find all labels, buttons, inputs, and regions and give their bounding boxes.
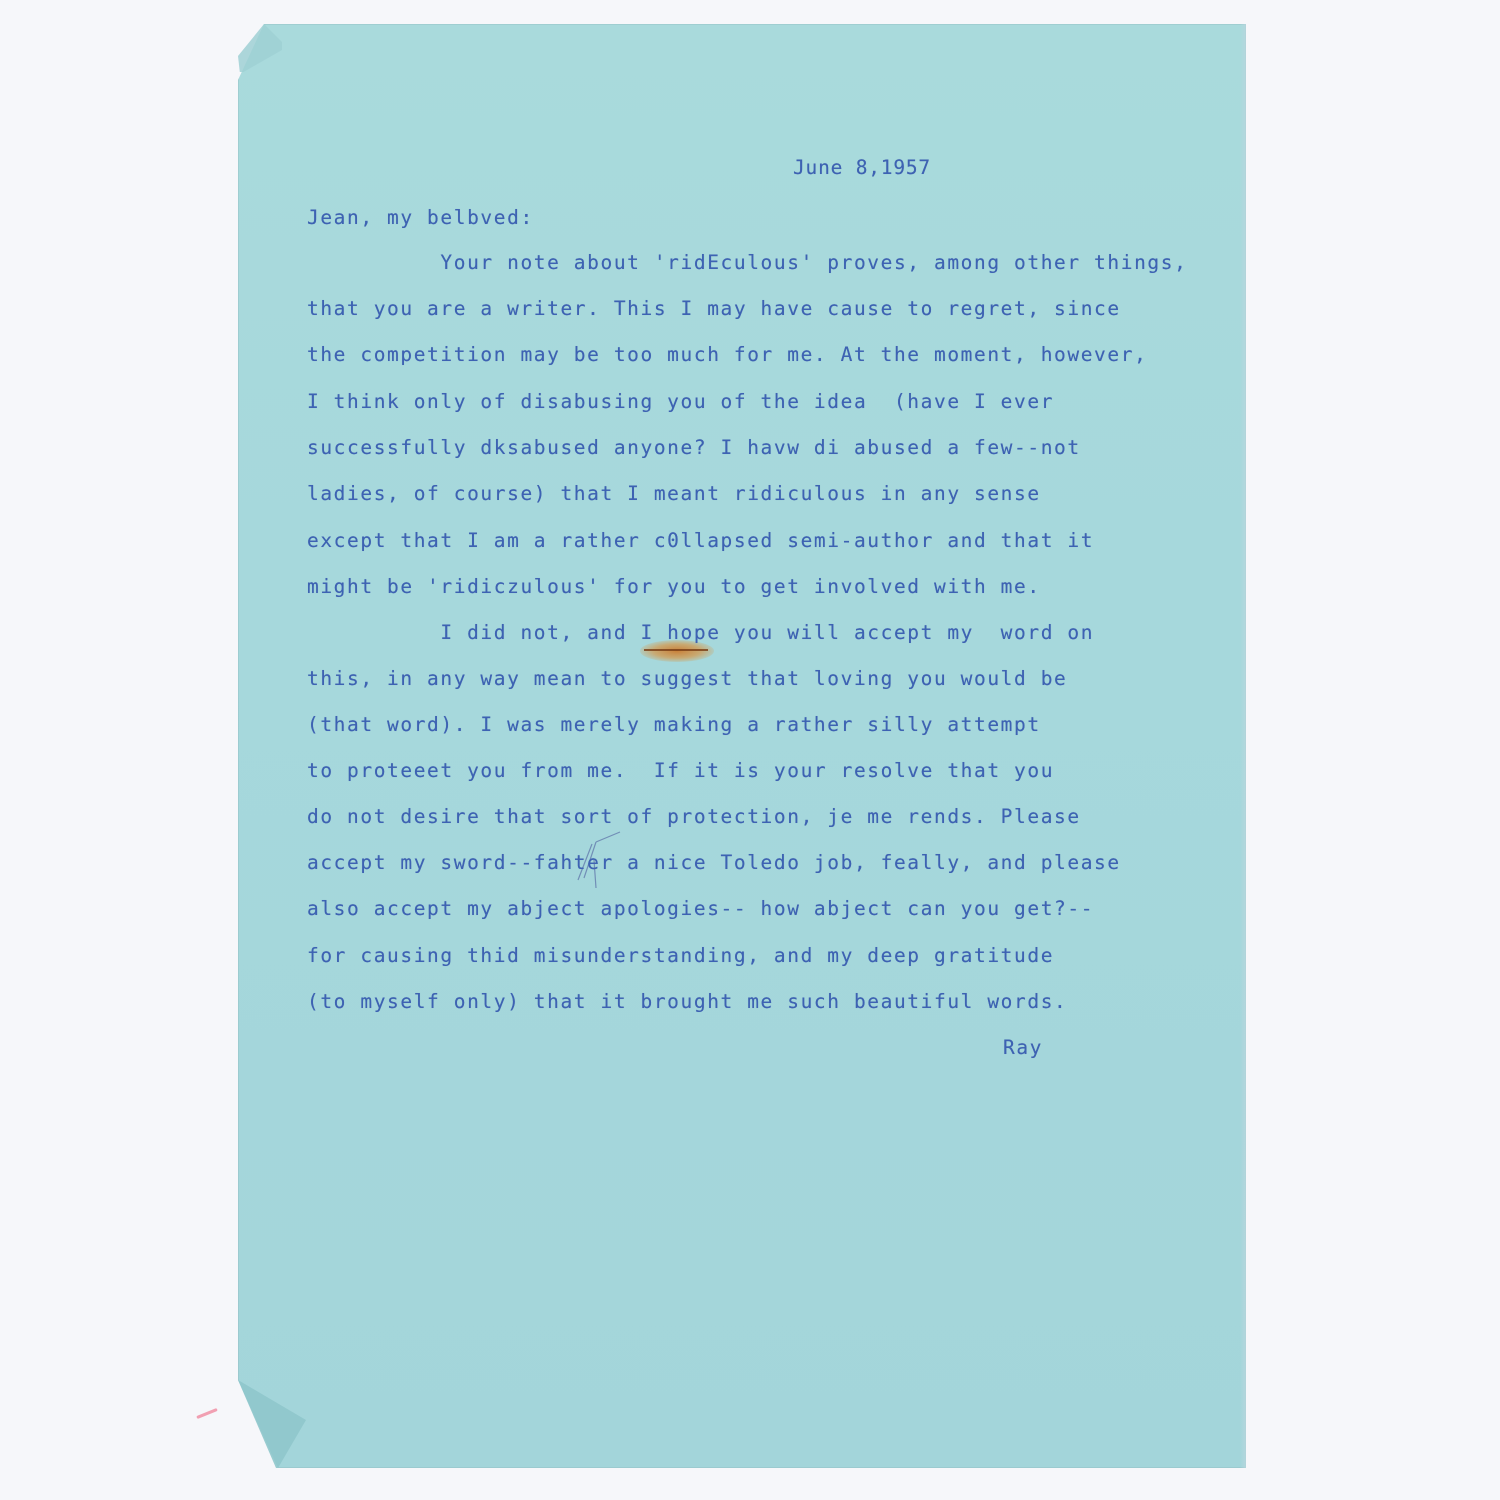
letter-line: the competition may be too much for me. … (307, 343, 1147, 366)
photo-background: June 8,1957 Jean, my belbved: Your note … (0, 0, 1500, 1500)
letter-line: might be 'ridiczulous' for you to get in… (307, 575, 1041, 598)
letter-salutation: Jean, my belbved: (307, 206, 534, 229)
letter-line: I think only of disabusing you of the id… (307, 390, 1054, 413)
letter-line: ladies, of course) that I meant ridiculo… (307, 482, 1041, 505)
letter-line: to proteeet you from me. If it is your r… (307, 759, 1054, 782)
letter-line: this, in any way mean to suggest that lo… (307, 667, 1067, 690)
letter-line: also accept my abject apologies-- how ab… (307, 897, 1094, 920)
letter-line: Your note about 'ridEculous' proves, amo… (307, 251, 1187, 274)
letter-line: except that I am a rather c0llapsed semi… (307, 529, 1094, 552)
letter-text: June 8,1957 Jean, my belbved: Your note … (0, 0, 1500, 1500)
letter-signature: Ray (1003, 1036, 1043, 1059)
letter-line: I did not, and I hope you will accept my… (307, 621, 1094, 644)
letter-line: for causing thid misunderstanding, and m… (307, 944, 1054, 967)
letter-line: (to myself only) that it brought me such… (307, 990, 1067, 1013)
letter-line: (that word). I was merely making a rathe… (307, 713, 1041, 736)
letter-date: June 8,1957 (793, 156, 931, 179)
letter-line: accept my sword--fahter a nice Toledo jo… (307, 851, 1121, 874)
letter-line: that you are a writer. This I may have c… (307, 297, 1121, 320)
letter-line: successfully dksabused anyone? I havw di… (307, 436, 1081, 459)
letter-line: do not desire that sort of protection, j… (307, 805, 1081, 828)
